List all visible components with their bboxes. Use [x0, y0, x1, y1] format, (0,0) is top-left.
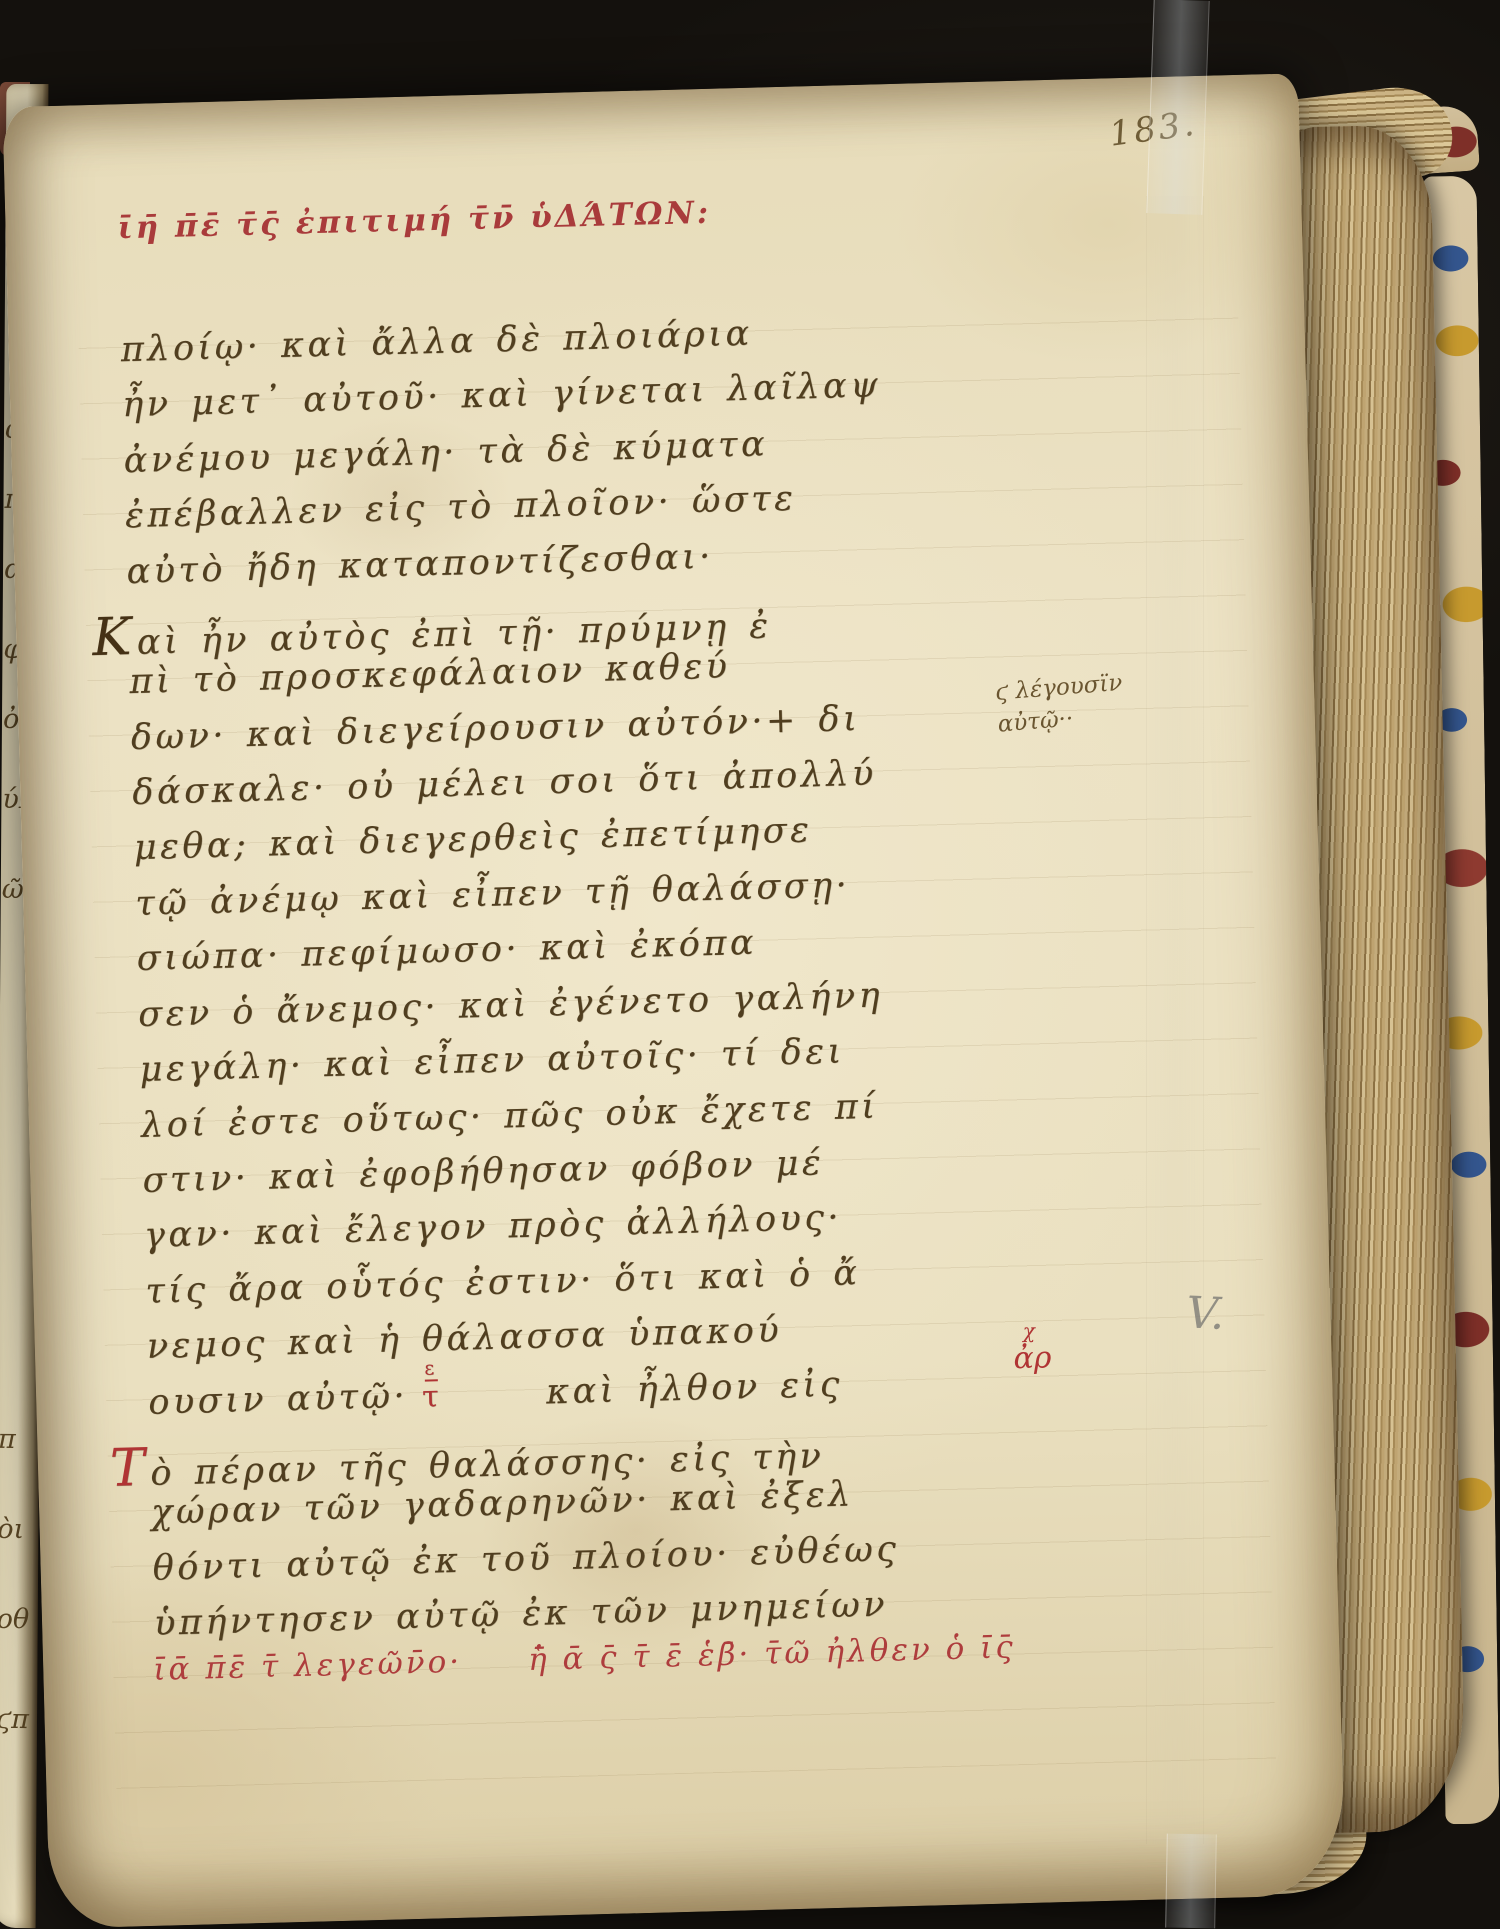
text-line: θόντι αὐτῷ ἐκ τοῦ πλοίου· εὐθέως — [152, 1529, 900, 1589]
text-line-pre: ουσιν αὐτῷ· — [148, 1376, 409, 1423]
text-line: ἀνέμου μεγάλη· τὰ δὲ κύματα — [123, 424, 768, 481]
facing-page-text-fragment: π — [0, 1424, 16, 1455]
text-block: πλοίῳ· καὶ ἄλλα δὲ πλοιάρια ἦν μετ᾽ αὐτο… — [120, 303, 1215, 1690]
text-line: ουσιν αὐτῷ·ετκαὶ ἦλθον εἰς — [148, 1365, 843, 1423]
enlarged-initial-kappa: Κ — [92, 607, 136, 668]
text-line: τῷ ἀνέμῳ καὶ εἶπεν τῇ θαλάσσῃ· — [135, 865, 851, 924]
text-line-post: καὶ ἦλθον εἰς — [546, 1365, 844, 1413]
text-line: ἦν μετ᾽ αὐτοῦ· καὶ γίνεται λαῖλαψ — [122, 365, 882, 425]
line-gap — [442, 1403, 546, 1406]
plastic-strap-top — [1146, 0, 1209, 215]
plastic-strap-bottom — [1165, 1834, 1217, 1928]
text-line: μεθα; καὶ διεγερθεὶς ἐπετίμησε — [133, 810, 813, 868]
arche-base: ἀρ — [1013, 1340, 1052, 1376]
facing-page-text-fragment: ὀ — [3, 704, 19, 735]
facing-page-text-fragment: οθ — [0, 1604, 29, 1635]
text-line: νεμος καὶ ἡ θάλασσα ὑπακού — [146, 1310, 782, 1367]
text-line: ἐπέβαλλεν εἰς τὸ πλοῖον· ὥστε — [125, 479, 797, 537]
text-line: τίς ἄρα οὗτός ἐστιν· ὅτι καὶ ὁ ἄ — [145, 1253, 861, 1312]
text-line: δάσκαλε· οὐ μέλει σοι ὅτι ἀπολλύ — [132, 754, 877, 813]
telos-base: τ — [422, 1379, 443, 1415]
text-line: σεν ὁ ἄνεμος· καὶ ἐγένετο γαλήνη — [138, 976, 884, 1035]
photo-scene: ϛ ω πε αἰ φο ὀ ύπ ῶ π ὸι οθ ϛπ 183. ῑη̄ … — [0, 0, 1500, 1928]
telos-mark: ετ — [422, 1379, 443, 1415]
text-line: λοί ἐστε οὕτως· πῶς οὐκ ἔχετε πί — [141, 1087, 879, 1146]
facing-page-text-fragment: ῶ — [2, 874, 24, 905]
text-line: στιν· καὶ ἐφοβήθησαν φόβον μέ — [142, 1143, 825, 1201]
text-line: μεγάλη· καὶ εἶπεν αὐτοῖς· τί δει — [139, 1032, 845, 1090]
facing-page-text-fragment: ϛπ — [0, 1704, 29, 1735]
telos-superscript: ε — [424, 1357, 438, 1381]
text-line: αὐτὸ ἤδη καταποντίζεσθαι· — [126, 537, 714, 592]
text-line: γαν· καὶ ἔλεγον πρὸς ἀλλήλους· — [143, 1198, 842, 1256]
arche-superscript: χ — [1022, 1319, 1035, 1343]
manuscript-page: 183. ῑη̄ π̄ε̄ τ̄ς̄ ἐπιτιμή τ̄ν̄ ὑΔΆΤΩΝ: … — [2, 73, 1345, 1928]
enlarged-initial-tau-red: Τ — [109, 1438, 149, 1499]
plastic-strap-over-page — [1146, 196, 1204, 1844]
rubric-heading: ῑη̄ π̄ε̄ τ̄ς̄ ἐπιτιμή τ̄ν̄ ὑΔΆΤΩΝ: — [117, 195, 712, 247]
marginal-gloss: ϛ λέγουσϊν αὐτῷ·· — [994, 667, 1126, 741]
text-line: σιώπα· πεφίμωσο· καὶ ἐκόπα — [136, 923, 757, 979]
text-line: δων· καὶ διεγείρουσιν αὐτόν·+ δι — [130, 699, 860, 758]
arche-mark: χἀρ — [1013, 1340, 1052, 1376]
facing-page-text-fragment: ὸι — [0, 1514, 24, 1545]
